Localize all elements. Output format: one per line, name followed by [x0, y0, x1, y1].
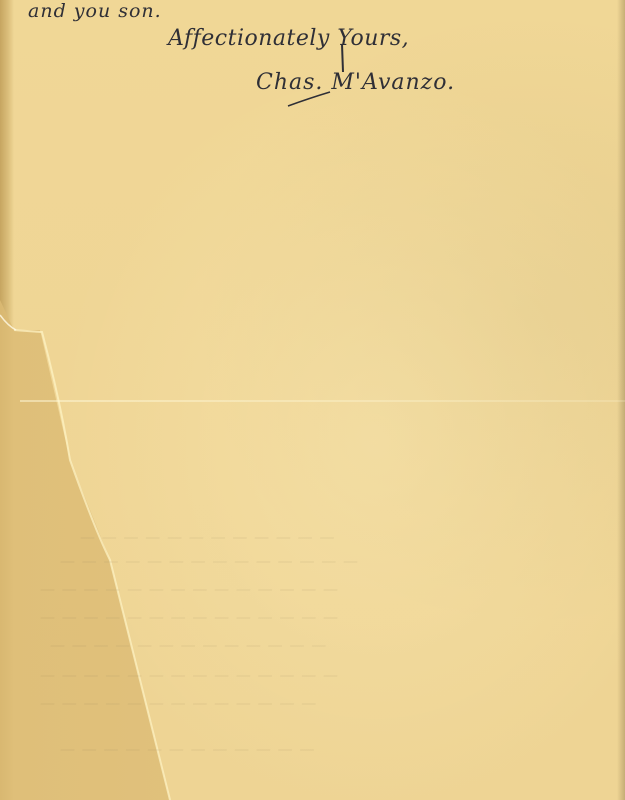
bleed-through-text: — — — — — — — — — — — — — —: [40, 580, 339, 598]
bleed-through-text: — — — — — — — — — — — — —: [40, 694, 317, 712]
letter-page: — — — — — — — — — — — — — — — — — — — — …: [0, 0, 625, 800]
bleed-through-text: — — — — — — — — — — — — —: [50, 636, 327, 654]
letter-text-line: and you son.: [28, 0, 162, 22]
closing-salutation: Affectionately Yours,: [168, 26, 409, 51]
bleed-through-text: — — — — — — — — — — — — — —: [40, 608, 339, 626]
bleed-through-text: — — — — — — — — — — — — — —: [60, 552, 359, 570]
horizontal-crease: [20, 400, 625, 402]
bleed-through-text: — — — — — — — — — — — — — —: [40, 666, 339, 684]
bleed-through-text: — — — — — — — — — — — —: [80, 528, 335, 546]
signature: Chas. M'Avanzo.: [256, 70, 455, 95]
bleed-through-text: — — — — — — — — — — — —: [60, 740, 315, 758]
